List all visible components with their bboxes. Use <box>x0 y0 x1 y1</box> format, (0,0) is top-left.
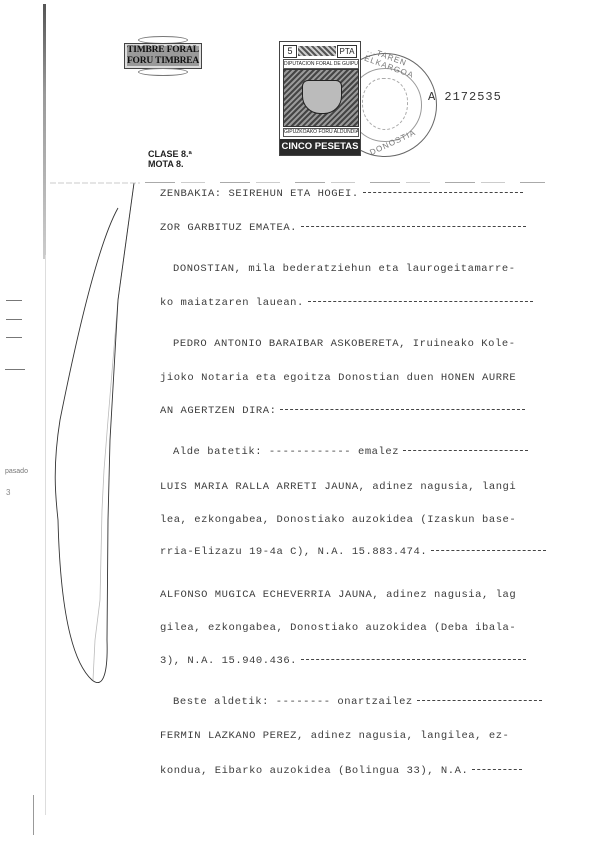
fill-dashes <box>280 409 525 411</box>
paper-class: CLASE 8.ª MOTA 8. <box>148 149 192 169</box>
fill-dashes <box>431 550 546 552</box>
text-line-content: rria-Elizazu 19-4a C), N.A. 15.883.474. <box>160 546 427 558</box>
text-line: ZOR GARBITUZ EMATEA. <box>160 222 540 234</box>
text-line: 3), N.A. 15.940.436. <box>160 655 540 667</box>
serial-number: A 2172535 <box>428 90 502 104</box>
fill-dashes <box>363 192 523 194</box>
text-line-content: jioko Notaria eta egoitza Donostian duen… <box>160 372 516 384</box>
header-rule <box>145 182 545 183</box>
class-label: CLASE 8.ª <box>148 149 192 159</box>
foral-stamp-line1: TIMBRE FORAL <box>125 45 201 55</box>
fill-dashes <box>301 226 526 228</box>
text-line: ko maiatzaren lauean. <box>160 297 540 309</box>
text-line: LUIS MARIA RALLA ARRETI JAUNA, adinez na… <box>160 481 540 493</box>
stamp-value: CINCO PESETAS <box>280 139 360 155</box>
text-line-content: kondua, Eibarko auzokidea (Bolingua 33),… <box>160 765 468 777</box>
text-line-content: 3), N.A. 15.940.436. <box>160 655 297 667</box>
stamp-coat-of-arms-icon <box>283 69 359 127</box>
text-line: jioko Notaria eta egoitza Donostian duen… <box>160 372 540 384</box>
text-line: Alde batetik: ------------ emalez <box>173 446 553 458</box>
foral-stamp: TIMBRE FORAL FORU TIMBREA <box>120 35 204 73</box>
text-line: lea, ezkongabea, Donostiako auzokidea (I… <box>160 514 540 526</box>
stamp-ornament-icon <box>298 46 336 56</box>
text-line: rria-Elizazu 19-4a C), N.A. 15.883.474. <box>160 546 540 558</box>
text-line: PEDRO ANTONIO BARAIBAR ASKOBERETA, Iruin… <box>173 338 553 350</box>
foral-stamp-line2: FORU TIMBREA <box>125 56 201 66</box>
foral-stamp-frame: TIMBRE FORAL FORU TIMBREA <box>124 43 202 69</box>
text-line: FERMIN LAZKANO PEREZ, adinez nagusia, la… <box>160 730 540 742</box>
stamp-denomination: 5 <box>283 45 297 58</box>
text-line-content: PEDRO ANTONIO BARAIBAR ASKOBERETA, Iruin… <box>173 338 516 350</box>
text-line-content: ZENBAKIA: SEIREHUN ETA HOGEI. <box>160 188 359 200</box>
fill-dashes <box>472 769 522 771</box>
fill-dashes <box>417 700 542 702</box>
stamp-top-band: DIPUTACION FORAL DE GUIPUZCOA <box>283 59 359 69</box>
mota-label: MOTA 8. <box>148 159 192 169</box>
text-line: Beste aldetik: -------- onartzailez <box>173 696 553 708</box>
text-line: ZENBAKIA: SEIREHUN ETA HOGEI. <box>160 188 540 200</box>
coat-of-arms-icon <box>362 78 408 130</box>
text-line-content: AN AGERTZEN DIRA: <box>160 405 276 417</box>
shield-icon <box>302 80 342 114</box>
text-line: kondua, Eibarko auzokidea (Bolingua 33),… <box>160 765 540 777</box>
text-line-content: ko maiatzaren lauean. <box>160 297 304 309</box>
text-line-content: LUIS MARIA RALLA ARRETI JAUNA, adinez na… <box>160 481 516 493</box>
text-line-content: ZOR GARBITUZ EMATEA. <box>160 222 297 234</box>
text-line: AN AGERTZEN DIRA: <box>160 405 540 417</box>
text-line-content: Alde batetik: ------------ emalez <box>173 446 399 458</box>
fill-dashes <box>403 450 528 452</box>
revenue-stamp: 5 PTA DIPUTACION FORAL DE GUIPUZCOA GIPU… <box>279 41 361 156</box>
fill-dashes <box>308 301 533 303</box>
ornament-icon <box>138 68 188 76</box>
text-line-content: lea, ezkongabea, Donostiako auzokidea (I… <box>160 514 516 526</box>
text-line-content: Beste aldetik: -------- onartzailez <box>173 696 413 708</box>
text-line-content: gilea, ezkongabea, Donostiako auzokidea … <box>160 622 516 634</box>
text-line: gilea, ezkongabea, Donostiako auzokidea … <box>160 622 540 634</box>
text-line-content: FERMIN LAZKANO PEREZ, adinez nagusia, la… <box>160 730 509 742</box>
stamp-unit: PTA <box>337 45 357 58</box>
stamp-bottom-band: GIPUZKOAKO FORU ALDUNDIA <box>283 128 359 137</box>
text-line-content: ALFONSO MUGICA ECHEVERRIA JAUNA, adinez … <box>160 589 516 601</box>
fill-dashes <box>301 659 526 661</box>
text-line: ALFONSO MUGICA ECHEVERRIA JAUNA, adinez … <box>160 589 540 601</box>
text-line-content: DONOSTIAN, mila bederatziehun eta laurog… <box>173 263 516 275</box>
text-line: DONOSTIAN, mila bederatziehun eta laurog… <box>173 263 553 275</box>
